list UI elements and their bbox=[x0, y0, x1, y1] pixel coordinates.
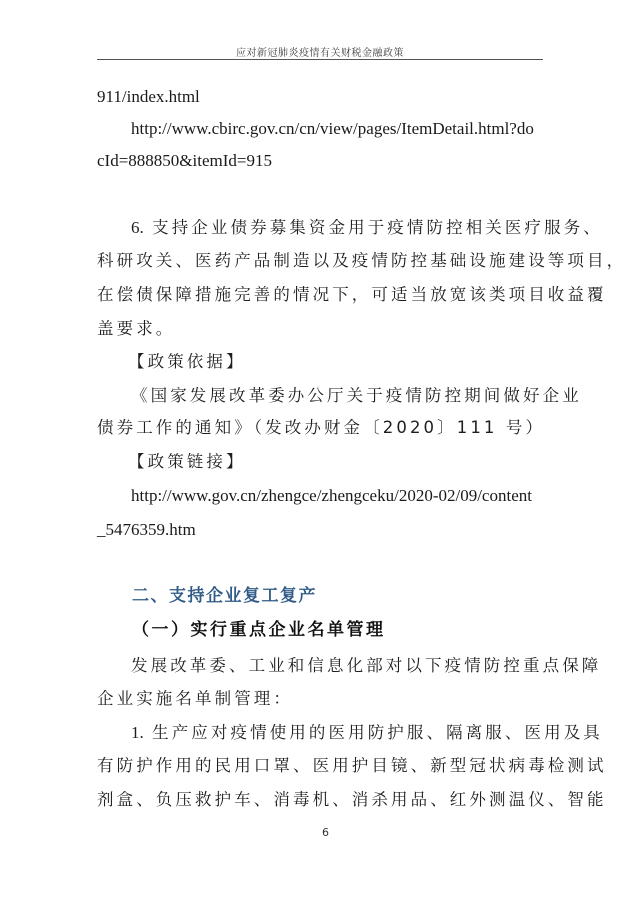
url-tail-line[interactable]: 911/index.html bbox=[97, 88, 200, 105]
gov-link-line-2[interactable]: _5476359.htm bbox=[97, 521, 196, 538]
page-number: 6 bbox=[322, 826, 329, 839]
item6-line-3: 在偿债保障措施完善的情况下，可适当放宽该类项目收益覆 bbox=[97, 287, 607, 304]
policy-basis-line-1: 《国家发展改革委办公厅关于疫情防控期间做好企业 bbox=[131, 388, 582, 405]
cbirc-link-line-2[interactable]: cId=888850&itemId=915 bbox=[97, 152, 272, 169]
document-page: 应对新冠肺炎疫情有关财税金融政策 911/index.html http://w… bbox=[0, 0, 640, 902]
item1-line-3: 剂盒、负压救护车、消毒机、消杀用品、红外测温仪、智能 bbox=[97, 792, 607, 809]
item1-text-1: 生产应对疫情使用的医用防护服、隔离服、医用及具 bbox=[152, 723, 603, 742]
cbirc-link-line-1[interactable]: http://www.cbirc.gov.cn/cn/view/pages/It… bbox=[131, 120, 534, 137]
subsection-heading: （一）实行重点企业名单管理 bbox=[132, 622, 386, 639]
item1-number: 1. bbox=[131, 723, 144, 742]
item1-line-1: 1. 生产应对疫情使用的医用防护服、隔离服、医用及具 bbox=[131, 724, 603, 742]
header-divider bbox=[97, 59, 543, 60]
item6-line-1: 6. 支持企业债券募集资金用于疫情防控相关医疗服务、 bbox=[131, 219, 603, 237]
intro-line-1: 发展改革委、工业和信息化部对以下疫情防控重点保障 bbox=[131, 658, 601, 675]
item6-text-1: 支持企业债券募集资金用于疫情防控相关医疗服务、 bbox=[152, 218, 603, 237]
policy-link-label: 【政策链接】 bbox=[128, 454, 246, 471]
item6-number: 6. bbox=[131, 218, 144, 237]
policy-basis-line-2: 债券工作的通知》（发改办财金〔2020〕111 号） bbox=[97, 420, 545, 437]
item6-line-2: 科研攻关、医药产品制造以及疫情防控基础设施建设等项目， bbox=[97, 253, 626, 270]
gov-link-line-1[interactable]: http://www.gov.cn/zhengce/zhengceku/2020… bbox=[131, 487, 532, 504]
intro-line-2: 企业实施名单制管理： bbox=[97, 691, 293, 708]
policy-basis-label: 【政策依据】 bbox=[128, 354, 246, 371]
item6-line-4: 盖要求。 bbox=[97, 321, 175, 338]
running-header: 应对新冠肺炎疫情有关财税金融政策 bbox=[97, 44, 543, 59]
item1-line-2: 有防护作用的民用口罩、医用护目镜、新型冠状病毒检测试 bbox=[97, 758, 607, 775]
section-heading: 二、支持企业复工复产 bbox=[132, 588, 317, 605]
